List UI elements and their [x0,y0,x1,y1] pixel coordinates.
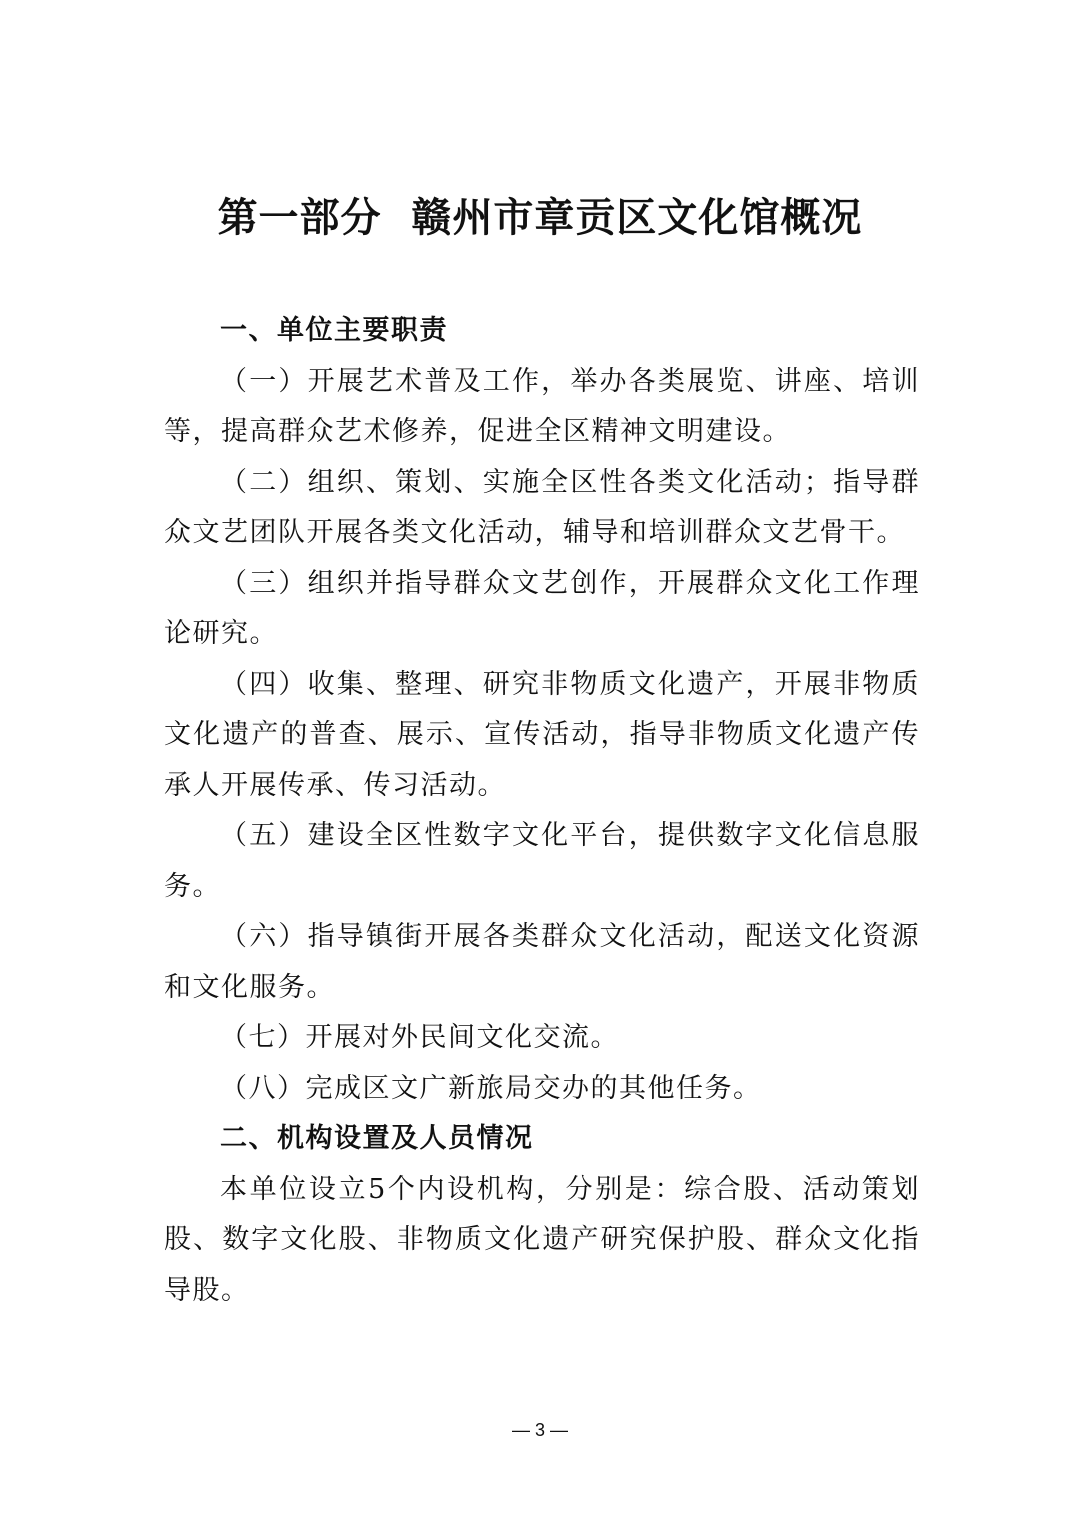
duty-paragraph-8: （八）完成区文广新旅局交办的其他任务。 [164,1064,920,1115]
duty-paragraph-1: （一）开展艺术普及工作，举办各类展览、讲座、培训等，提高群众艺术修养，促进全区精… [164,357,920,458]
document-page: 第一部分 赣州市章贡区文化馆概况 一、单位主要职责 （一）开展艺术普及工作，举办… [0,0,1080,1527]
duty-paragraph-7: （七）开展对外民间文化交流。 [164,1013,920,1064]
duty-paragraph-6: （六）指导镇街开展各类群众文化活动，配送文化资源和文化服务。 [164,912,920,1013]
document-body: 一、单位主要职责 （一）开展艺术普及工作，举办各类展览、讲座、培训等，提高群众艺… [164,306,920,1316]
duty-paragraph-2: （二）组织、策划、实施全区性各类文化活动；指导群众文艺团队开展各类文化活动，辅导… [164,458,920,559]
page-number: — 3 — [0,1418,1080,1442]
duty-paragraph-5: （五）建设全区性数字文化平台，提供数字文化信息服务。 [164,811,920,912]
section-heading-duties: 一、单位主要职责 [164,306,920,357]
duty-paragraph-4: （四）收集、整理、研究非物质文化遗产，开展非物质文化遗产的普查、展示、宣传活动，… [164,660,920,812]
organization-paragraph: 本单位设立5个内设机构，分别是：综合股、活动策划股、数字文化股、非物质文化遗产研… [164,1165,920,1317]
section-heading-organization: 二、机构设置及人员情况 [164,1114,920,1165]
page-title: 第一部分 赣州市章贡区文化馆概况 [0,188,1080,248]
duty-paragraph-3: （三）组织并指导群众文艺创作，开展群众文化工作理论研究。 [164,559,920,660]
